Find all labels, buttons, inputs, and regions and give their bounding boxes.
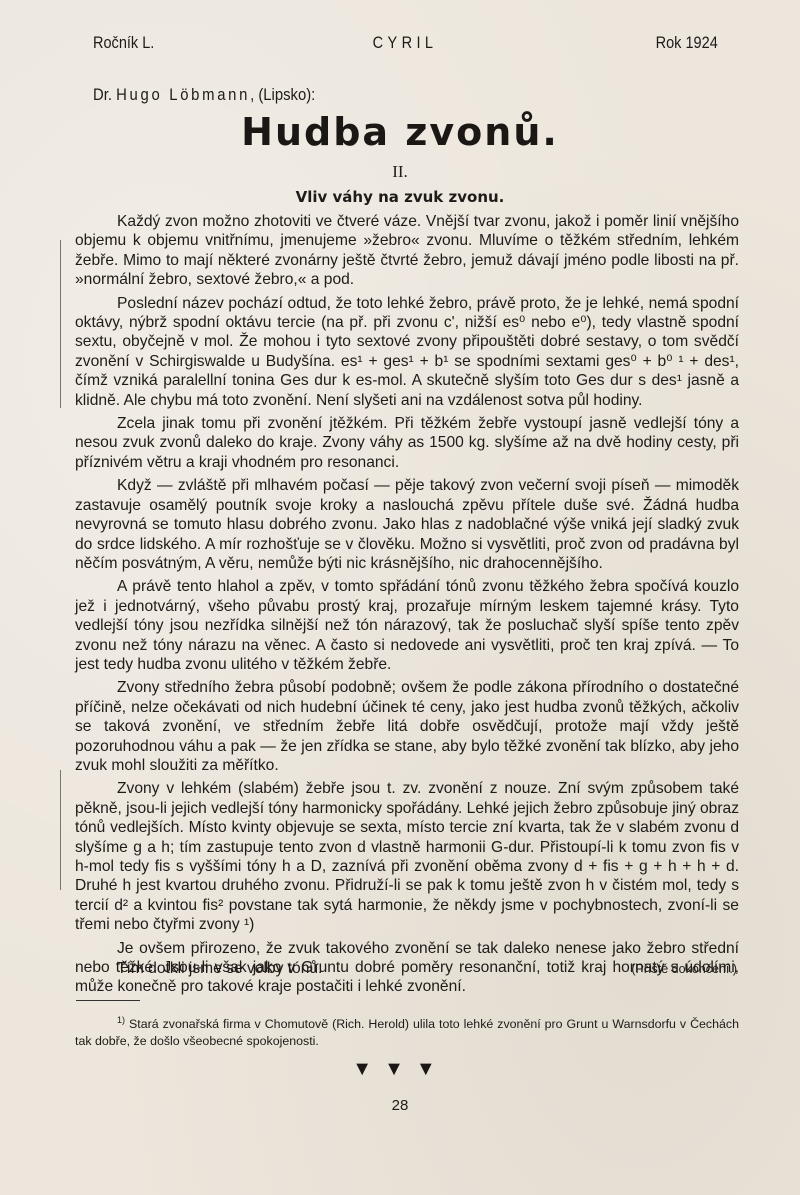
- article-body: Každý zvon možno zhotoviti ve čtveré váz…: [75, 212, 739, 1001]
- page-number: 28: [0, 1097, 800, 1114]
- volume-label: Ročník L.: [93, 34, 154, 53]
- margin-pencil-mark: [60, 298, 61, 408]
- footnote: 1) Stará zvonařská firma v Chomutově (Ri…: [75, 1016, 739, 1049]
- footnote-text: Stará zvonařská firma v Chomutově (Rich.…: [75, 1017, 739, 1048]
- paragraph: Zcela jinak tomu při zvonění jtěžkém. Př…: [75, 414, 739, 472]
- margin-pencil-mark: [60, 770, 61, 890]
- closing-line: Tím dotkli jsme se volby tónů. (Příště d…: [75, 960, 739, 978]
- footnote-rule: [76, 1000, 140, 1001]
- paragraph: Každý zvon možno zhotoviti ve čtveré váz…: [75, 212, 739, 290]
- author-byline: Dr. Hugo Löbmann, (Lipsko):: [93, 86, 315, 105]
- author-location: , (Lipsko):: [250, 86, 315, 104]
- paragraph: Když — zvláště při mlhavém počasí — pěje…: [75, 476, 739, 573]
- margin-pencil-mark: [60, 240, 61, 300]
- paragraph: Poslední název pochází odtud, že toto le…: [75, 294, 739, 410]
- footnote-marker: 1): [117, 1015, 125, 1025]
- section-title: Vliv váhy na zvuk zvonu.: [0, 188, 800, 206]
- paragraph: Zvony v lehkém (slabém) žebře jsou t. zv…: [75, 779, 739, 934]
- triangle-ornament-icon: ▼▼▼: [0, 1058, 800, 1081]
- year-label: Rok 1924: [656, 34, 718, 53]
- paragraph: Zvony středního žebra působí podobně; ov…: [75, 678, 739, 775]
- part-number: II.: [0, 162, 800, 182]
- continuation-note: (Příště dokončení.): [631, 962, 737, 976]
- author-name: Hugo Löbmann: [116, 86, 250, 104]
- author-prefix: Dr.: [93, 86, 112, 104]
- article-title: Hudba zvonů.: [0, 110, 800, 154]
- running-header: Ročník L. CYRIL Rok 1924: [93, 34, 718, 53]
- closing-text: Tím dotkli jsme se volby tónů.: [75, 960, 322, 978]
- paragraph: A právě tento hlahol a zpěv, v tomto spř…: [75, 577, 739, 674]
- journal-page: Ročník L. CYRIL Rok 1924 Dr. Hugo Löbman…: [0, 0, 800, 1195]
- journal-title: CYRIL: [373, 34, 438, 53]
